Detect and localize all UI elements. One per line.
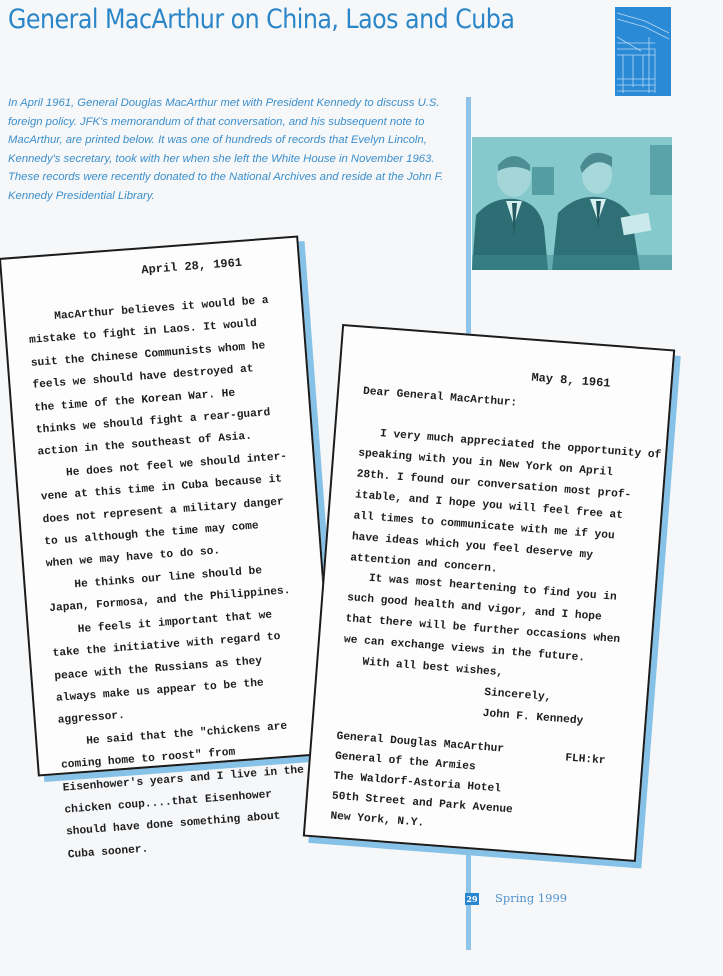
photo-macarthur-and-kennedy (472, 137, 672, 270)
memo2-salutation: Dear General MacArthur: (363, 386, 518, 410)
memo2-signature: Sincerely, John F. Kennedy (482, 683, 586, 733)
memo2-paragraph-2: It was most heartening to find you in su… (342, 567, 625, 693)
memo2-paragraph-1: I very much appreciated the opportunity … (349, 423, 662, 593)
memo1-date: April 28, 1961 (141, 256, 243, 278)
building-facade-icon (615, 7, 671, 96)
page-number: 29 (465, 893, 479, 905)
letter-may-8-1961: May 8, 1961 Dear General MacArthur: I ve… (303, 324, 675, 862)
page-title: General MacArthur on China, Laos and Cub… (8, 4, 514, 35)
memo2-initials: FLH:kr (565, 752, 606, 767)
memorandum-april-28-1961: April 28, 1961 MacArthur believes it wou… (0, 235, 337, 776)
intro-text: In April 1961, General Douglas MacArthur… (8, 94, 468, 206)
issue-label: Spring 1999 (495, 891, 567, 905)
memo1-body: MacArthur believes it would be a mistake… (27, 289, 317, 866)
memo2-date: May 8, 1961 (531, 371, 611, 391)
intro-paragraph: In April 1961, General Douglas MacArthur… (8, 94, 468, 206)
memo2-address: General Douglas MacArthur General of the… (330, 727, 518, 841)
